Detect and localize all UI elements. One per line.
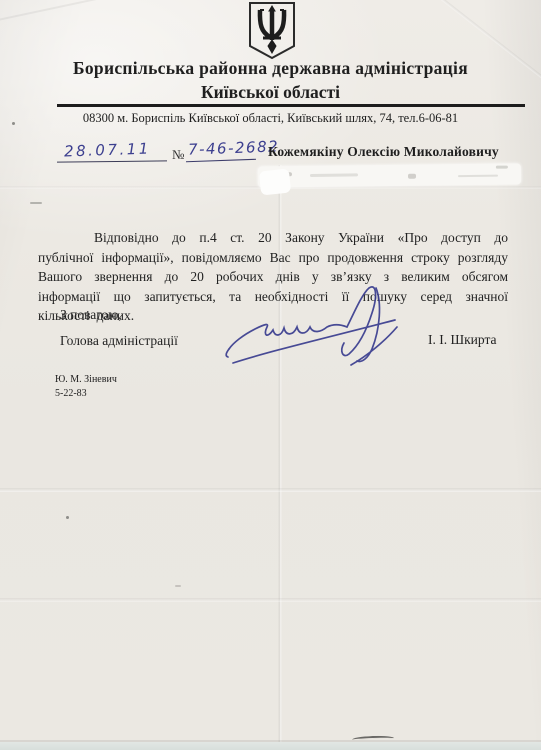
redaction-smudge	[408, 174, 416, 179]
executor-name: Ю. М. Зіневич	[55, 374, 117, 385]
number-sign: №	[172, 147, 184, 163]
executor-phone: 5-22-83	[55, 388, 87, 399]
paper-speck	[175, 585, 181, 587]
redaction-smudge	[458, 175, 498, 177]
scanned-letter-page: Бориспільська районна державна адміністр…	[0, 0, 541, 750]
date-underline	[57, 160, 167, 162]
handwritten-reference-number: 7-46-2682	[188, 137, 280, 158]
ukraine-tryzub-icon	[247, 2, 297, 65]
organization-name-line2: Київської області	[0, 82, 541, 103]
redaction-smudge	[496, 166, 508, 169]
signer-name: І. І. Шкирта	[428, 332, 497, 348]
addressee-name: Кожемякіну Олексію Миколайовичу	[268, 144, 499, 160]
scanner-background-strip	[0, 742, 541, 750]
whiteout-blob	[259, 168, 291, 195]
signer-position: Голова адміністрації	[60, 333, 178, 349]
horizontal-fold-crease	[0, 488, 541, 492]
letterhead-rule	[57, 104, 525, 107]
organization-name-line1: Бориспільська районна державна адміністр…	[0, 58, 541, 79]
handwritten-date: 28.07.11	[64, 139, 151, 160]
salutation: З повагою,	[60, 307, 122, 323]
letterhead-address: 08300 м. Бориспіль Київської області, Ки…	[0, 111, 541, 126]
horizontal-fold-crease	[0, 598, 541, 602]
redaction-smudge	[310, 173, 358, 177]
corner-crease	[0, 0, 118, 29]
number-underline	[186, 159, 256, 162]
paper-speck	[30, 202, 42, 204]
paper-speck	[66, 516, 69, 519]
handwritten-signature	[215, 283, 410, 383]
redacted-address-band	[258, 163, 521, 187]
